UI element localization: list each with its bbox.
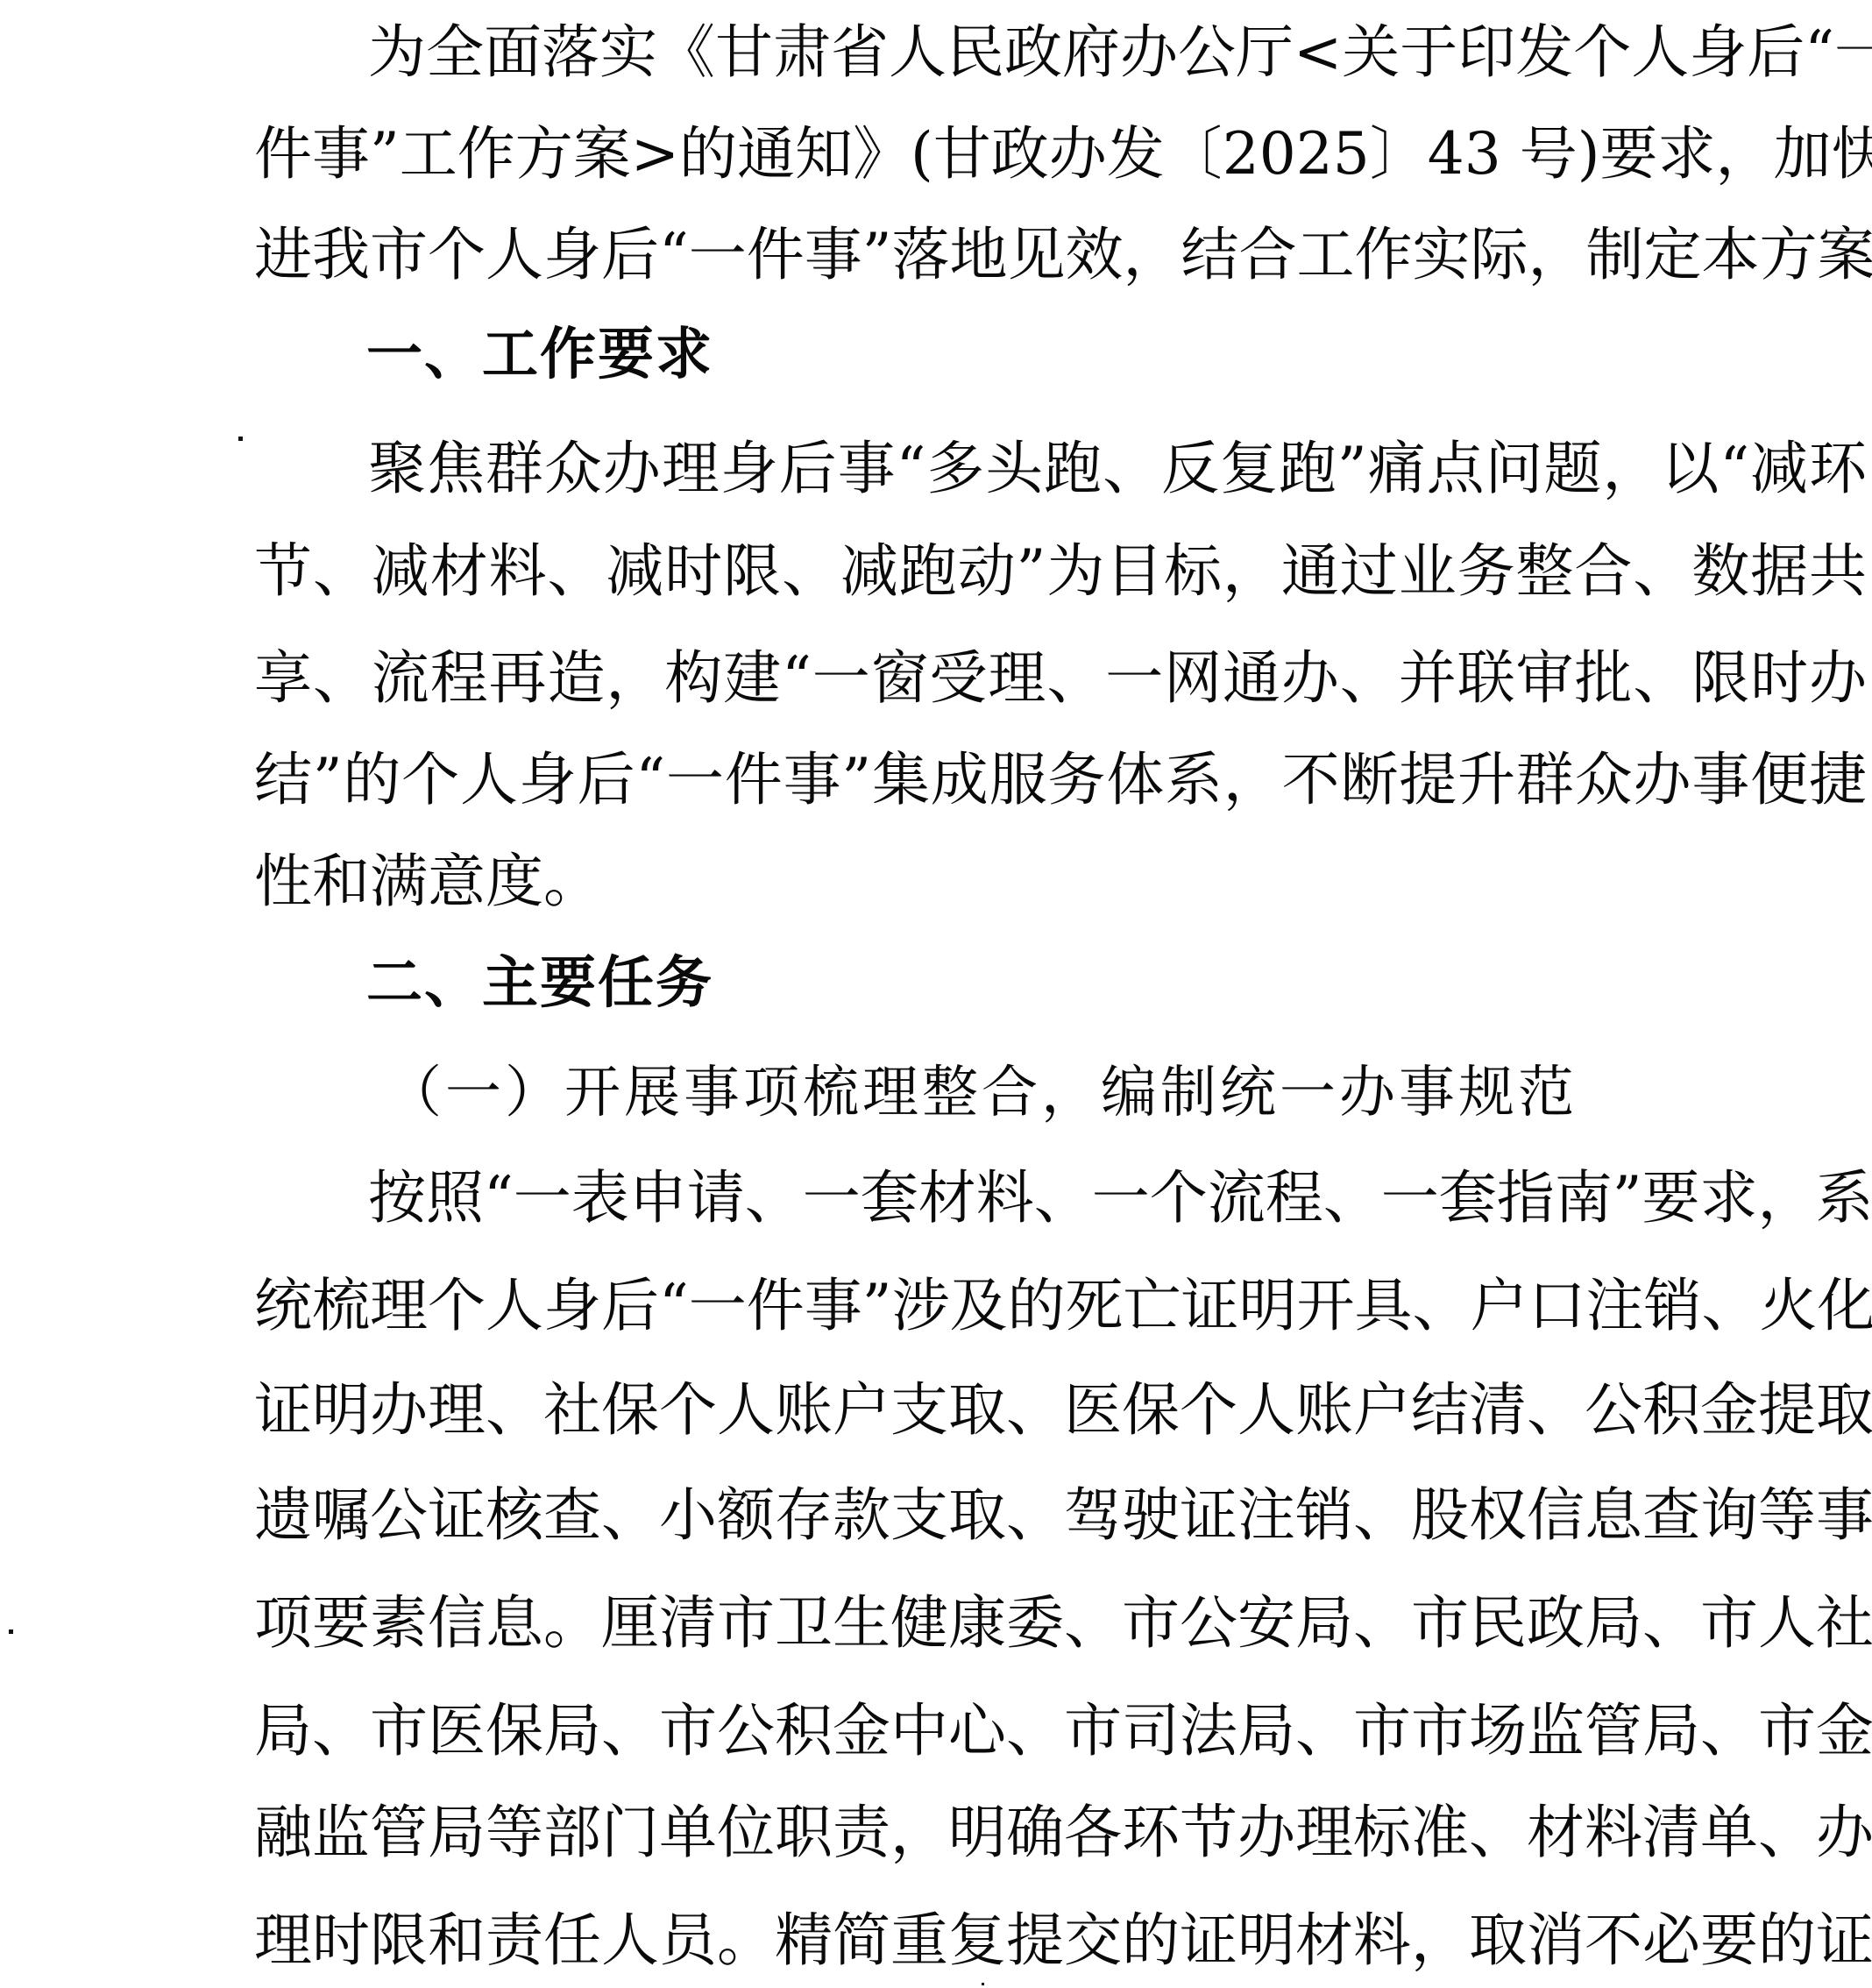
intro-line-3: 进我市个人身后“一件事”落地见效，结合工作实际，制定本方案。: [254, 222, 1867, 288]
section1-line-5: 性和满意度。: [254, 848, 1867, 915]
subsection-heading-1: （一）开展事项梳理整合，编制统一办事规范: [386, 1060, 1578, 1126]
scan-speck: [982, 1983, 984, 1985]
section1-line-2: 节、减材料、减时限、减跑动”为目标，通过业务整合、数据共: [254, 538, 1867, 605]
section1-line-1: 聚焦群众办理身后事“多头跑、反复跑”痛点问题，以“减环: [368, 436, 1867, 502]
scan-speck: [238, 437, 243, 441]
subsection1-line-5: 项要素信息。厘清市卫生健康委、市公安局、市民政局、市人社: [254, 1590, 1867, 1657]
subsection1-line-2: 统梳理个人身后“一件事”涉及的死亡证明开具、户口注销、火化: [254, 1273, 1867, 1339]
section1-line-3: 享、流程再造，构建“一窗受理、一网通办、并联审批、限时办: [254, 645, 1867, 712]
section-heading-1: 一、工作要求: [366, 322, 713, 388]
section-heading-2: 二、主要任务: [366, 950, 713, 1017]
subsection1-line-7: 融监管局等部门单位职责，明确各环节办理标准、材料清单、办: [254, 1800, 1867, 1866]
section1-line-4: 结”的个人身后“一件事”集成服务体系，不断提升群众办事便捷: [254, 747, 1867, 813]
subsection1-line-4: 遗嘱公证核查、小额存款支取、驾驶证注销、股权信息查询等事: [254, 1482, 1867, 1549]
subsection1-line-8: 理时限和责任人员。精简重复提交的证明材料，取消不必要的证: [254, 1907, 1867, 1974]
intro-line-1: 为全面落实《甘肃省人民政府办公厅<关于印发个人身后“一: [368, 19, 1867, 86]
intro-line-2: 件事”工作方案>的通知》(甘政办发〔2025〕43 号)要求，加快推: [254, 121, 1867, 188]
scan-speck: [9, 1629, 13, 1634]
subsection1-line-3: 证明办理、社保个人账户支取、医保个人账户结清、公积金提取、: [254, 1377, 1867, 1444]
document-page: 为全面落实《甘肃省人民政府办公厅<关于印发个人身后“一 件事”工作方案>的通知》…: [0, 0, 1872, 1988]
subsection1-line-6: 局、市医保局、市公积金中心、市司法局、市市场监管局、市金: [254, 1698, 1867, 1764]
subsection1-line-1: 按照“一表申请、一套材料、一个流程、一套指南”要求，系: [368, 1165, 1867, 1232]
